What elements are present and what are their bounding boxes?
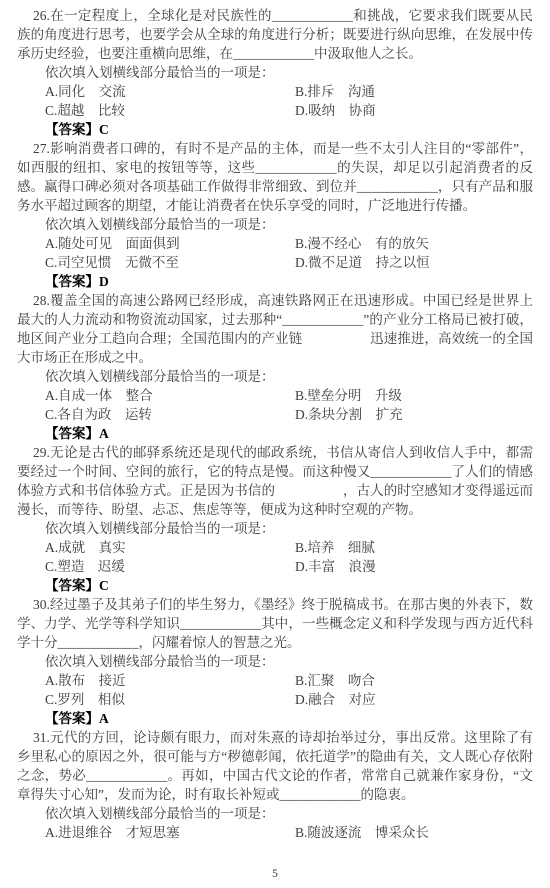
option-c: C.塑造 迟缓 [45,557,295,576]
question-stem: 30.经过墨子及其弟子们的毕生努力，《墨经》终于脱稿成书。在那古奥的外表下，数学… [17,595,533,652]
fill-blank-prompt: 依次填入划横线部分最恰当的一项是： [17,367,533,386]
question-31: 31.元代的方回，论诗颇有眼力，而对朱熹的诗却抬举过分，事出反常。这里除了有乡里… [17,728,533,842]
answer-line: 【答案】A [17,709,533,728]
option-c: C.罗列 相似 [45,690,295,709]
fill-blank-prompt: 依次填入划横线部分最恰当的一项是： [17,215,533,234]
options-grid: A.散布 接近 B.汇聚 吻合 C.罗列 相似 D.融合 对应 [17,671,533,709]
question-stem: 27.影响消费者口碑的，有时不是产品的主体，而是一些不太引人注目的“零部件”，如… [17,139,533,215]
document-page: 26.在一定程度上，全球化是对民族性的____________和挑战，它要求我们… [0,0,550,888]
question-stem: 29.无论是古代的邮驿系统还是现代的邮政系统，书信从寄信人到收信人手中，都需要经… [17,443,533,519]
option-d: D.融合 对应 [295,690,533,709]
question-29: 29.无论是古代的邮驿系统还是现代的邮政系统，书信从寄信人到收信人手中，都需要经… [17,443,533,595]
option-d: D.条块分割 扩充 [295,405,533,424]
option-b: B.漫不经心 有的放矢 [295,234,533,253]
question-28: 28.覆盖全国的高速公路网已经形成，高速铁路网正在迅速形成。中国已经是世界上最大… [17,291,533,443]
option-b: B.培养 细腻 [295,538,533,557]
fill-blank-prompt: 依次填入划横线部分最恰当的一项是： [17,804,533,823]
options-grid: A.自成一体 整合 B.壁垒分明 升级 C.各自为政 运转 D.条块分割 扩充 [17,386,533,424]
option-a: A.同化 交流 [45,82,295,101]
answer-value: A [99,426,109,441]
answer-value: D [99,274,109,289]
answer-label: 【答案】 [45,274,99,289]
answer-value: C [99,578,109,593]
options-grid: A.随处可见 面面俱到 B.漫不经心 有的放矢 C.司空见惯 无微不至 D.微不… [17,234,533,272]
option-a: A.散布 接近 [45,671,295,690]
answer-value: A [99,711,109,726]
answer-value: C [99,122,109,137]
option-d: D.微不足道 持之以恒 [295,253,533,272]
answer-label: 【答案】 [45,711,99,726]
fill-blank-prompt: 依次填入划横线部分最恰当的一项是： [17,63,533,82]
option-d: D.吸纳 协商 [295,101,533,120]
option-b: B.排斥 沟通 [295,82,533,101]
option-a: A.随处可见 面面俱到 [45,234,295,253]
option-b: B.壁垒分明 升级 [295,386,533,405]
fill-blank-prompt: 依次填入划横线部分最恰当的一项是： [17,652,533,671]
answer-label: 【答案】 [45,426,99,441]
question-30: 30.经过墨子及其弟子们的毕生努力，《墨经》终于脱稿成书。在那古奥的外表下，数学… [17,595,533,728]
answer-label: 【答案】 [45,578,99,593]
option-b: B.随波逐流 博采众长 [295,823,533,842]
question-stem: 26.在一定程度上，全球化是对民族性的____________和挑战，它要求我们… [17,6,533,63]
options-grid: A.同化 交流 B.排斥 沟通 C.超越 比较 D.吸纳 协商 [17,82,533,120]
question-26: 26.在一定程度上，全球化是对民族性的____________和挑战，它要求我们… [17,6,533,139]
fill-blank-prompt: 依次填入划横线部分最恰当的一项是： [17,519,533,538]
option-b: B.汇聚 吻合 [295,671,533,690]
answer-line: 【答案】A [17,424,533,443]
option-a: A.自成一体 整合 [45,386,295,405]
answer-label: 【答案】 [45,122,99,137]
page-number: 5 [0,868,550,880]
option-a: A.进退维谷 才短思塞 [45,823,295,842]
question-stem: 31.元代的方回，论诗颇有眼力，而对朱熹的诗却抬举过分，事出反常。这里除了有乡里… [17,728,533,804]
answer-line: 【答案】C [17,576,533,595]
option-c: C.司空见惯 无微不至 [45,253,295,272]
answer-line: 【答案】C [17,120,533,139]
option-c: C.超越 比较 [45,101,295,120]
answer-line: 【答案】D [17,272,533,291]
question-27: 27.影响消费者口碑的，有时不是产品的主体，而是一些不太引人注目的“零部件”，如… [17,139,533,291]
option-d: D.丰富 浪漫 [295,557,533,576]
option-c: C.各自为政 运转 [45,405,295,424]
question-stem: 28.覆盖全国的高速公路网已经形成，高速铁路网正在迅速形成。中国已经是世界上最大… [17,291,533,367]
options-grid: A.进退维谷 才短思塞 B.随波逐流 博采众长 [17,823,533,842]
options-grid: A.成就 真实 B.培养 细腻 C.塑造 迟缓 D.丰富 浪漫 [17,538,533,576]
option-a: A.成就 真实 [45,538,295,557]
